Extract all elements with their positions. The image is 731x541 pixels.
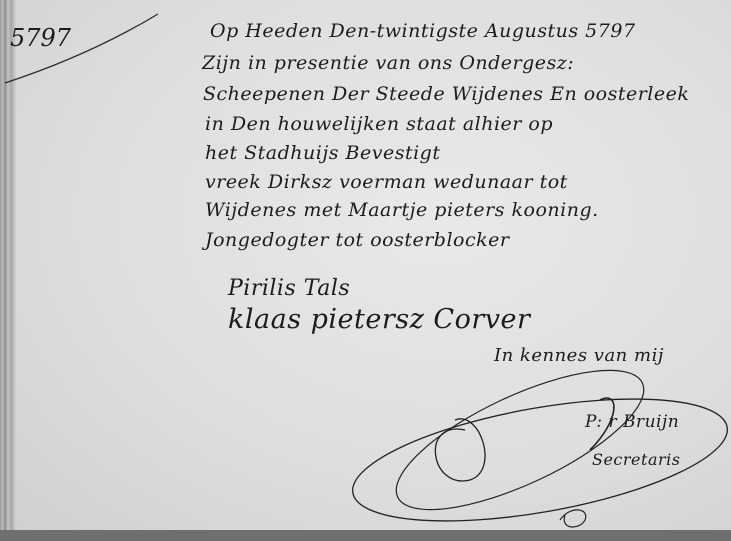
body-line-4: in Den houwelijken staat alhier op <box>205 113 553 135</box>
body-line-7: Wijdenes met Maartje pieters kooning. <box>205 199 599 221</box>
signature-witness-2: klaas pietersz Corver <box>228 304 530 335</box>
paraph-inner-ellipse <box>379 343 661 537</box>
paraph-loop-left <box>435 419 485 481</box>
paraph-loop-bottom <box>560 510 586 527</box>
body-line-2: Zijn in presentie van ons Ondergesz: <box>202 52 574 74</box>
body-line-3: Scheepenen Der Steede Wijdenes En ooster… <box>203 83 689 105</box>
secretary-name: P: r Bruijn <box>585 412 679 432</box>
attestation-line: In kennes van mij <box>494 345 664 366</box>
body-line-6: vreek Dirksz voerman wedunaar tot <box>205 171 568 193</box>
margin-record-number: 5797 <box>10 24 71 52</box>
document-scan: 5797 Op Heeden Den-twintigste Augustus 5… <box>0 0 731 541</box>
body-line-8: Jongedogter tot oosterblocker <box>205 229 509 251</box>
scan-bottom-border <box>0 530 731 541</box>
body-line-5: het Stadhuijs Bevestigt <box>205 142 440 164</box>
signature-witness-1: Pirilis Tals <box>228 276 350 301</box>
secretary-title: Secretaris <box>592 450 680 469</box>
body-line-1: Op Heeden Den-twintigste Augustus 5797 <box>210 20 636 42</box>
